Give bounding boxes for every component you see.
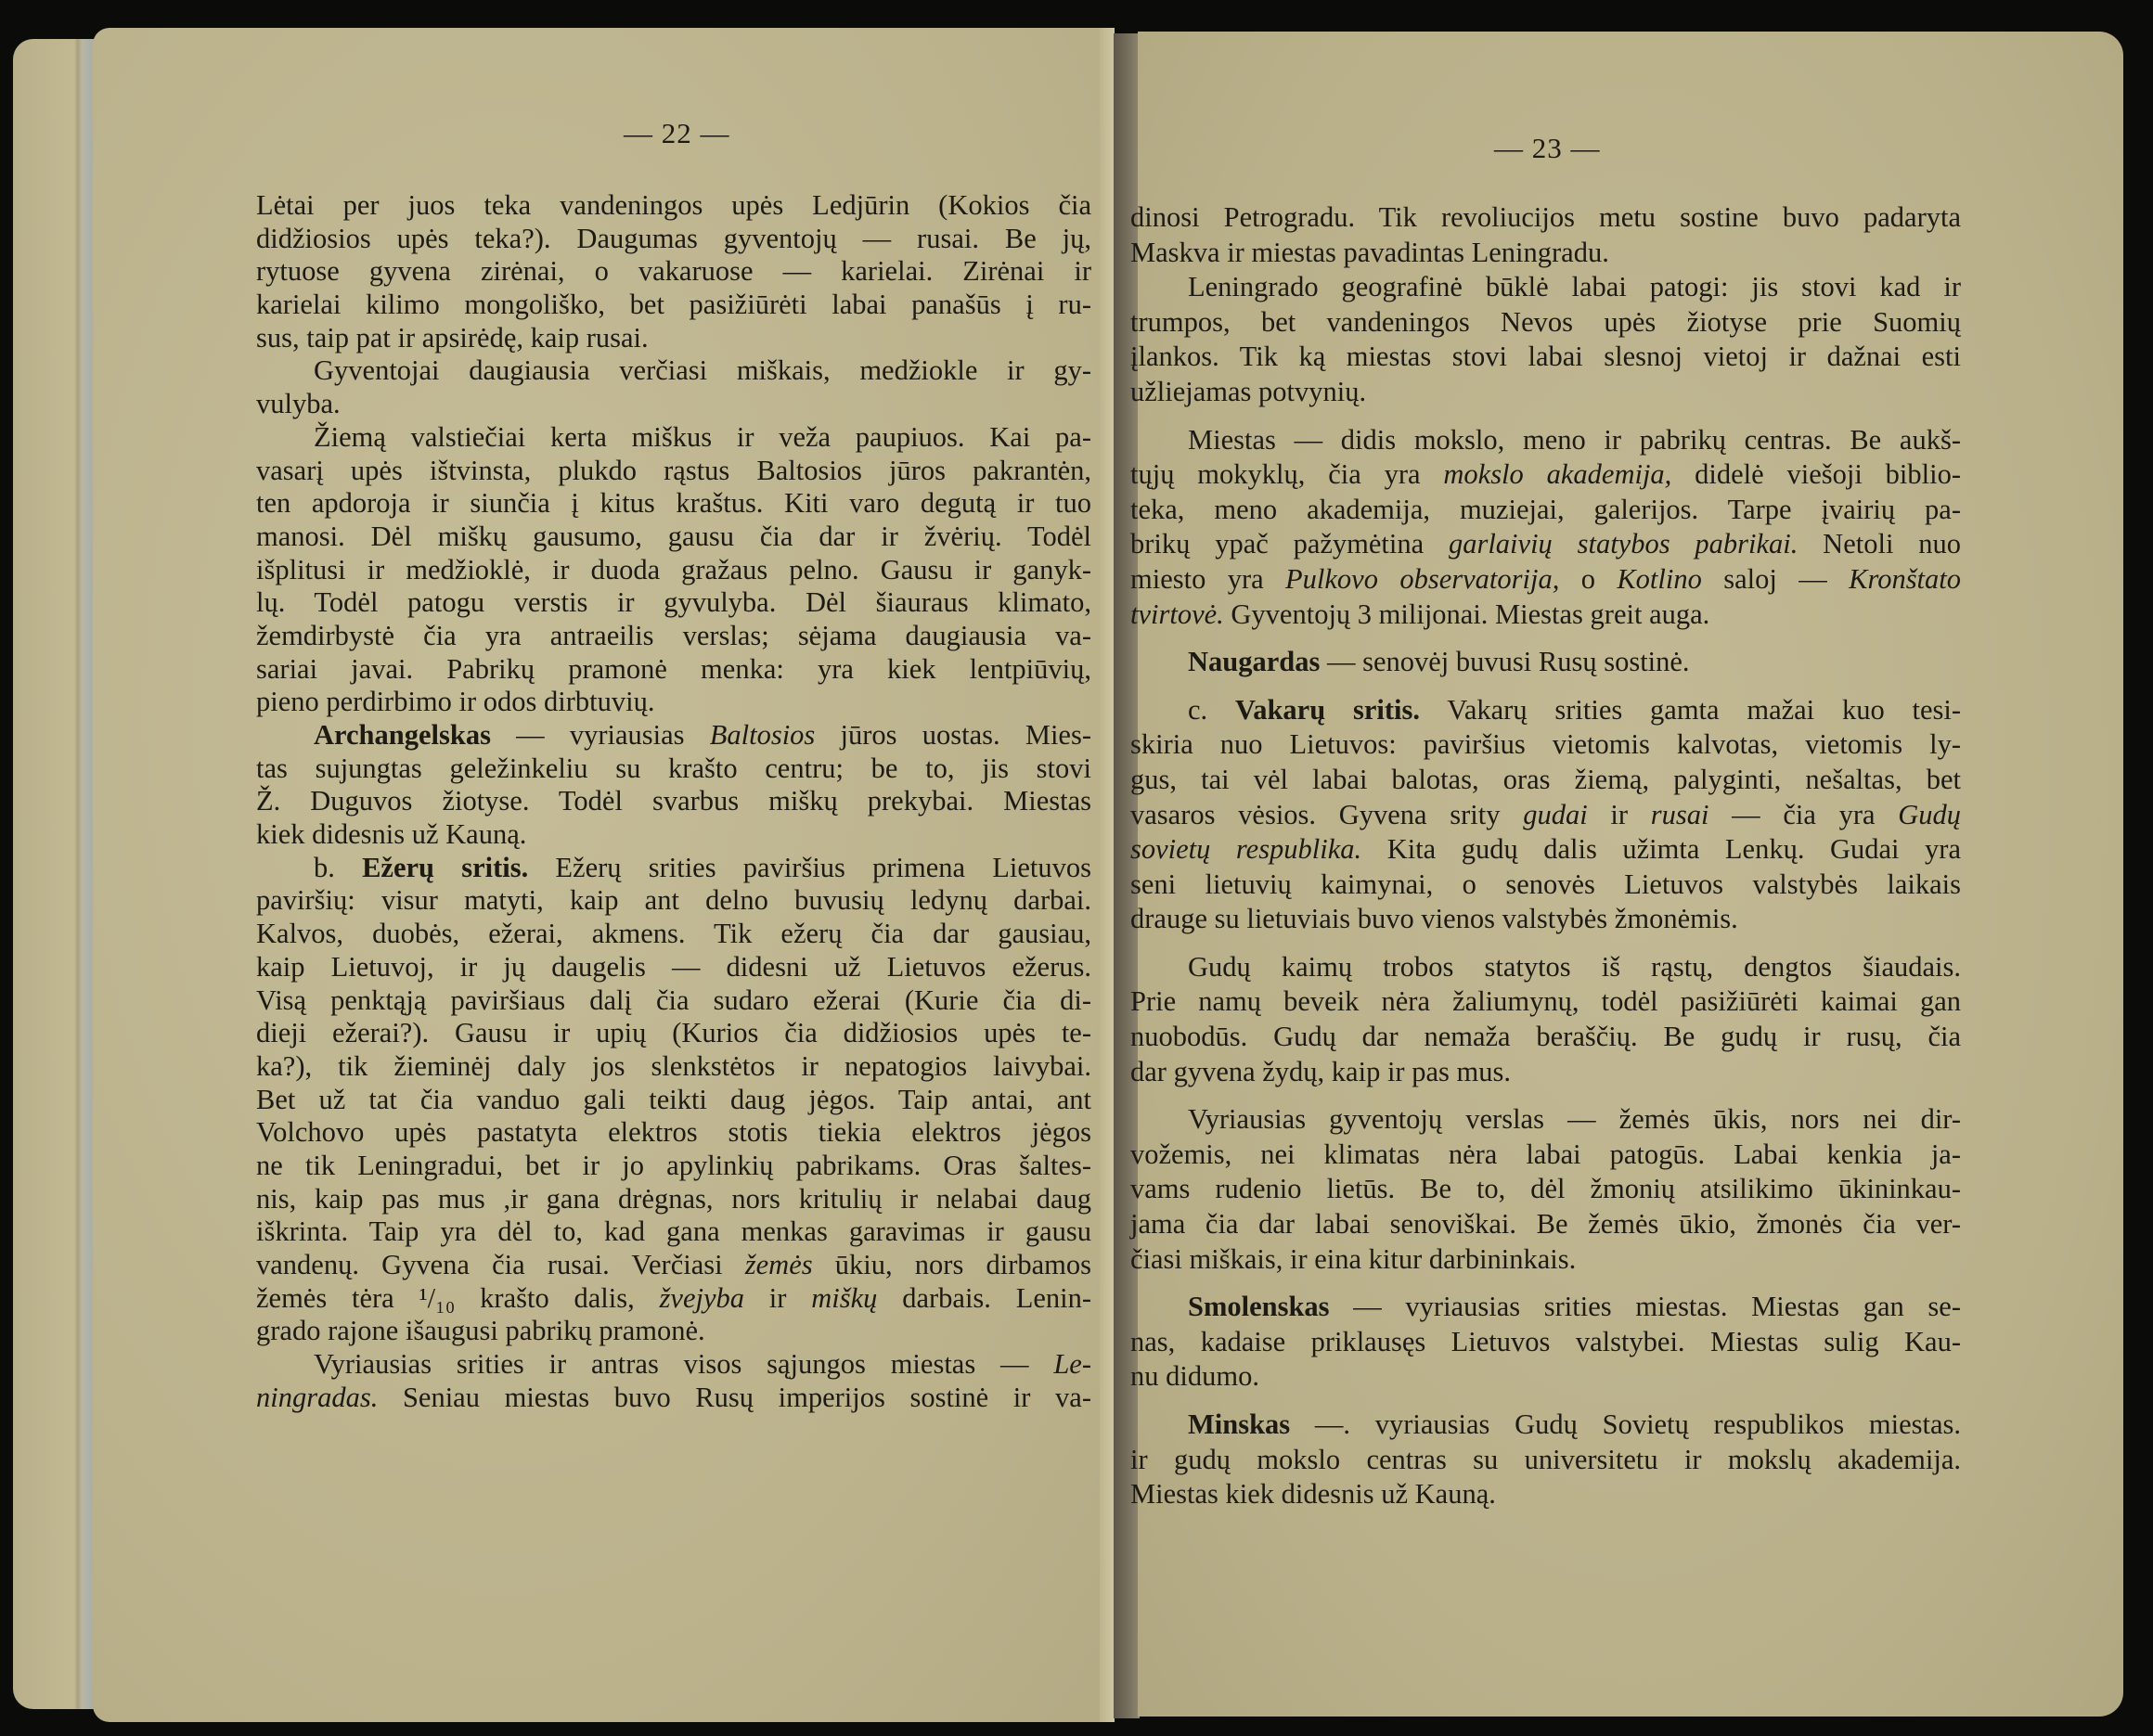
- text-line: ningradas. Seniau miestas buvo Rusų impe…: [256, 1382, 1091, 1415]
- text-line: nuobodūs. Gudų dar nemaža beraščių. Be g…: [1130, 1020, 1961, 1055]
- text-line: sus, taip pat ir apsirėdę, kaip rusai.: [256, 322, 1091, 355]
- text-line: ka?), tik žieminėj daly jos slenkstėtos …: [256, 1050, 1091, 1084]
- text-line: brikų ypač pažymėtina garlaivių statybos…: [1130, 527, 1961, 562]
- page-number-left: — 22 —: [624, 117, 730, 150]
- text-line: nas, kadaise priklausęs Lietuvos valstyb…: [1130, 1325, 1961, 1360]
- text-line: kaip Lietuvoj, ir jų daugelis — didesni …: [256, 951, 1091, 984]
- text-line: Minskas —. vyriausias Gudų Sovietų respu…: [1130, 1408, 1961, 1443]
- text-line: Gudų kaimų trobos statytos iš rąstų, den…: [1130, 950, 1961, 985]
- text-line: Gyventojai daugiausia verčiasi miškais, …: [256, 354, 1091, 388]
- text-line: Smolenskas — vyriausias srities miestas.…: [1130, 1290, 1961, 1325]
- text-line: Visą penktąją paviršiaus dalį čia sudaro…: [256, 984, 1091, 1018]
- text-line: trumpos, bet vandeningos Nevos upės žiot…: [1130, 305, 1961, 341]
- text-line: iškrinta. Taip yra dėl to, kad gana menk…: [256, 1215, 1091, 1249]
- right-page-text: dinosi Petrogradu. Tik revoliucijos metu…: [1130, 200, 1961, 1512]
- text-line: Ž. Duguvos žiotyse. Todėl svarbus miškų …: [256, 785, 1091, 818]
- text-line: žemės tėra ¹/₁₀ krašto dalis, žvejyba ir…: [256, 1282, 1091, 1316]
- text-line: teka, meno akademija, muziejai, galerijo…: [1130, 493, 1961, 528]
- text-line: rytuose gyvena zirėnai, o vakaruose — ka…: [256, 255, 1091, 289]
- text-line: grado rajone išaugusi pabrikų pramonė.: [256, 1315, 1091, 1348]
- text-line: Vyriausias srities ir antras visos sąjun…: [256, 1348, 1091, 1382]
- text-line: drauge su lietuviais buvo vienos valstyb…: [1130, 902, 1961, 937]
- text-line: vams rudenio lietūs. Be to, dėl žmonių a…: [1130, 1172, 1961, 1207]
- text-line: tas sujungtas geležinkeliu su krašto cen…: [256, 752, 1091, 786]
- text-line: didžiosios upės teka?). Daugumas gyvento…: [256, 223, 1091, 256]
- text-line: Naugardas — senovėj buvusi Rusų sostinė.: [1130, 645, 1961, 680]
- text-line: Miestas kiek didesnis už Kauną.: [1130, 1477, 1961, 1512]
- page-number-right: — 23 —: [1494, 132, 1601, 165]
- text-line: manosi. Dėl miškų gausumo, gausu čia dar…: [256, 521, 1091, 554]
- text-line: Bet už tat čia vanduo gali teikti daug j…: [256, 1084, 1091, 1117]
- text-line: kiek didesnis už Kauną.: [256, 818, 1091, 852]
- book-spread: — 22 — Lėtai per juos teka vandeningos u…: [0, 0, 2153, 1736]
- text-line: tvirtovė. Gyventojų 3 milijonai. Miestas…: [1130, 598, 1961, 633]
- text-line: sovietų respublika. Kita gudų dalis užim…: [1130, 832, 1961, 868]
- text-line: ten apdoroja ir siunčia į kitus kraštus.…: [256, 487, 1091, 521]
- text-line: užliejamas potvynių.: [1130, 375, 1961, 410]
- text-line: čiasi miškais, ir eina kitur darbininkai…: [1130, 1242, 1961, 1278]
- text-line: jama čia dar labai senoviškai. Be žemės …: [1130, 1207, 1961, 1242]
- section-heading-vakaru-sritis: c. Vakarų sritis. Vakarų srities gamta m…: [1130, 693, 1961, 728]
- text-line: gus, tai vėl labai balotas, oras žiemą, …: [1130, 763, 1961, 798]
- text-line: nu didumo.: [1130, 1359, 1961, 1395]
- text-line: vasarį upės ištvinsta, plukdo rąstus Bal…: [256, 455, 1091, 488]
- text-line: įlankos. Tik ką miestas stovi labai sles…: [1130, 340, 1961, 375]
- text-line: seni lietuvių kaimynai, o senovės Lietuv…: [1130, 868, 1961, 903]
- left-page-text: Lėtai per juos teka vandeningos upės Led…: [256, 189, 1091, 1414]
- text-line: dar gyvena žydų, kaip ir pas mus.: [1130, 1055, 1961, 1090]
- heading-minskas: Minskas: [1188, 1408, 1290, 1440]
- text-line: vožemis, nei klimatas nėra labai patogūs…: [1130, 1138, 1961, 1173]
- text-line: ne tik Leningradui, bet ir jo apylinkių …: [256, 1150, 1091, 1183]
- section-heading-ezeru-sritis: b. Ežerų sritis. Ežerų srities paviršius…: [256, 852, 1091, 885]
- text-line: sariai javai. Pabrikų pramonė menka: yra…: [256, 653, 1091, 687]
- text-line: paviršių: visur matyti, kaip ant delno b…: [256, 884, 1091, 918]
- text-line: vandenų. Gyvena čia rusai. Verčiasi žemė…: [256, 1249, 1091, 1282]
- text-line: Kalvos, duobės, ežerai, akmens. Tik ežer…: [256, 918, 1091, 951]
- text-line: Archangelskas — vyriausias Baltosios jūr…: [256, 719, 1091, 752]
- text-line: Vyriausias gyventojų verslas — žemės ūki…: [1130, 1102, 1961, 1138]
- text-line: miesto yra Pulkovo observatorija, o Kotl…: [1130, 562, 1961, 598]
- heading-naugardas: Naugardas: [1188, 646, 1320, 677]
- text-line: nis, kaip pas mus ,ir gana drėgnas, nors…: [256, 1183, 1091, 1216]
- text-line: ir gudų mokslo centras su universitetu i…: [1130, 1443, 1961, 1478]
- text-line: Prie namų beveik nėra žaliumynų, todėl p…: [1130, 984, 1961, 1020]
- text-line: žemdirbystė čia yra antraeilis verslas; …: [256, 620, 1091, 653]
- text-line: Maskva ir miestas pavadintas Leningradu.: [1130, 236, 1961, 271]
- heading-smolenskas: Smolenskas: [1188, 1291, 1330, 1322]
- text-line: Leningrado geografinė būklė labai patogi…: [1130, 270, 1961, 305]
- text-line: skiria nuo Lietuvos: paviršius vietomis …: [1130, 727, 1961, 763]
- text-line: dinosi Petrogradu. Tik revoliucijos metu…: [1130, 200, 1961, 236]
- text-line: dieji ežerai?). Gausu ir upių (Kurios či…: [256, 1017, 1091, 1050]
- text-line: tųjų mokyklų, čia yra mokslo akademija, …: [1130, 457, 1961, 493]
- text-line: išplitusi ir medžioklė, ir duoda gražaus…: [256, 554, 1091, 587]
- text-line: Lėtai per juos teka vandeningos upės Led…: [256, 189, 1091, 223]
- text-line: karielai kilimo mongoliško, bet pasižiūr…: [256, 289, 1091, 322]
- text-line: Volchovo upės pastatyta elektros stotis …: [256, 1116, 1091, 1150]
- text-line: vasaros vėsios. Gyvena srity gudai ir ru…: [1130, 798, 1961, 833]
- spine-edge: [1100, 28, 1115, 1722]
- text-line: Miestas — didis mokslo, meno ir pabrikų …: [1130, 423, 1961, 458]
- text-line: Žiemą valstiečiai kerta miškus ir veža p…: [256, 421, 1091, 455]
- heading-archangelskas: Archangelskas: [314, 719, 491, 751]
- text-line: pieno perdirbimo ir odos dirbtuvių.: [256, 686, 1091, 719]
- text-line: vulyba.: [256, 388, 1091, 421]
- text-line: lų. Todėl patogu verstis ir gyvulyba. Dė…: [256, 586, 1091, 620]
